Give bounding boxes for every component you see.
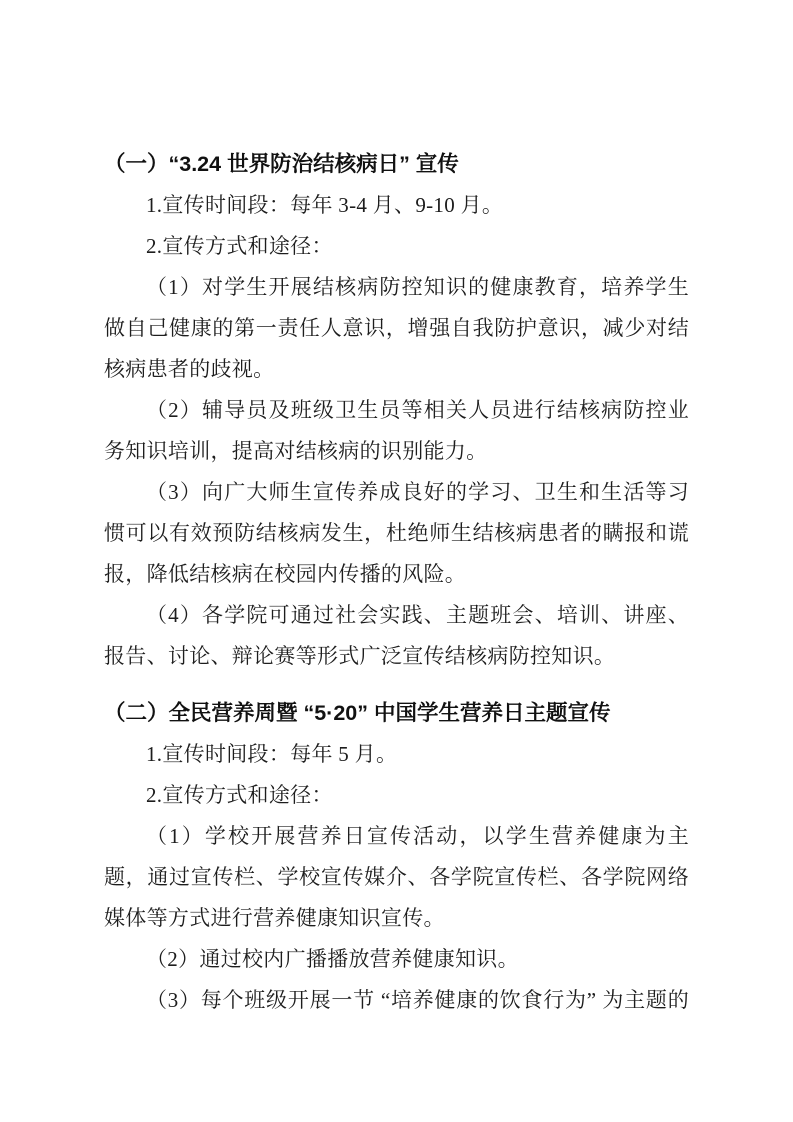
paragraph-item-1: （1）对学生开展结核病防控知识的健康教育，培养学生做自己健康的第一责任人意识，增… <box>104 267 689 390</box>
section-2-heading: （二）全民营养周暨 “5·20” 中国学生营养日主题宣传 <box>104 693 689 734</box>
paragraph-methods-label: 2.宣传方式和途径： <box>104 226 689 267</box>
section-1-heading: （一）“3.24 世界防治结核病日” 宣传 <box>104 144 689 185</box>
document-page: （一）“3.24 世界防治结核病日” 宣传 1.宣传时间段：每年 3-4 月、9… <box>0 0 793 1122</box>
paragraph-item-3: （3）向广大师生宣传养成良好的学习、卫生和生活等习惯可以有效预防结核病发生，杜绝… <box>104 472 689 595</box>
paragraph-item-4: （4）各学院可通过社会实践、主题班会、培训、讲座、报告、讨论、辩论赛等形式广泛宣… <box>104 595 689 677</box>
paragraph-item-3-truncated: （3）每个班级开展一节 “培养健康的饮食行为” 为主题的 <box>104 980 689 1021</box>
document-content: （一）“3.24 世界防治结核病日” 宣传 1.宣传时间段：每年 3-4 月、9… <box>104 144 689 1021</box>
paragraph-item-2: （2）辅导员及班级卫生员等相关人员进行结核病防控业务知识培训，提高对结核病的识别… <box>104 390 689 472</box>
paragraph-methods-label: 2.宣传方式和途径： <box>104 775 689 816</box>
paragraph-item-2: （2）通过校内广播播放营养健康知识。 <box>104 939 689 980</box>
paragraph-item-1: （1）学校开展营养日宣传活动，以学生营养健康为主题，通过宣传栏、学校宣传媒介、各… <box>104 816 689 939</box>
paragraph-time-period: 1.宣传时间段：每年 5 月。 <box>104 734 689 775</box>
paragraph-time-period: 1.宣传时间段：每年 3-4 月、9-10 月。 <box>104 185 689 226</box>
section-nutrition-day: （二）全民营养周暨 “5·20” 中国学生营养日主题宣传 1.宣传时间段：每年 … <box>104 693 689 1021</box>
section-tb-day: （一）“3.24 世界防治结核病日” 宣传 1.宣传时间段：每年 3-4 月、9… <box>104 144 689 677</box>
